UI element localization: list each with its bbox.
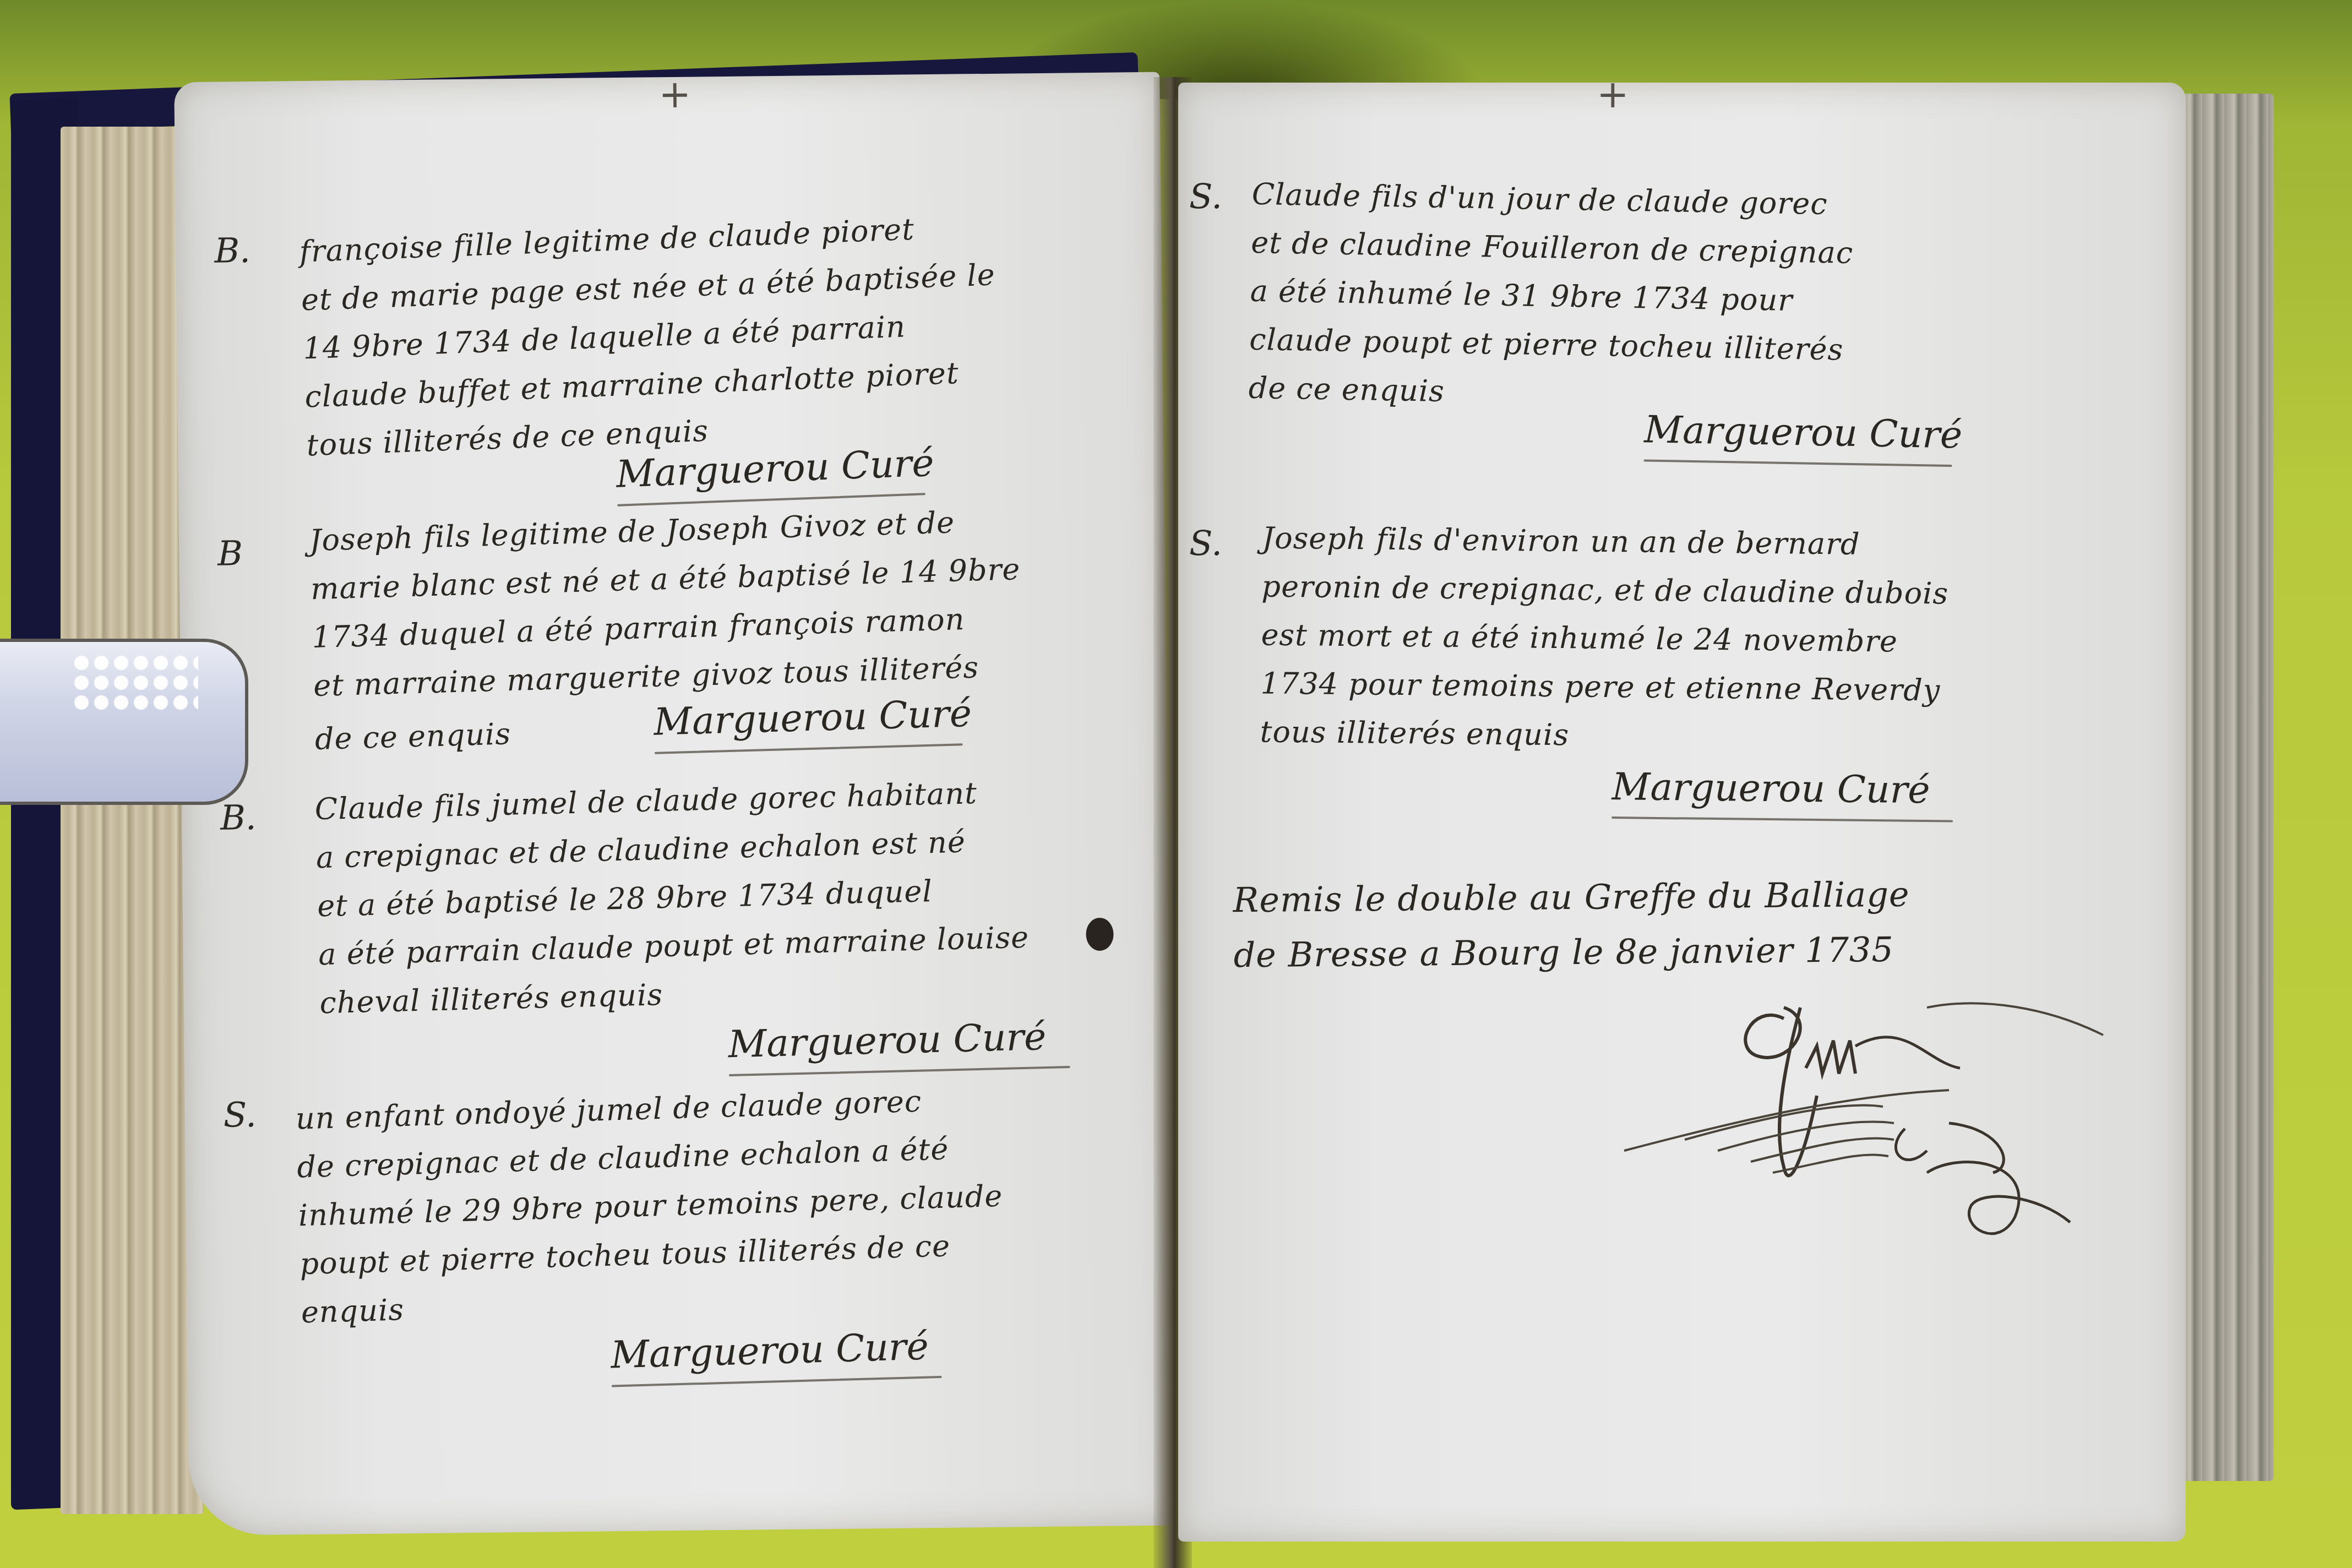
entry-line: peronin de crepignac, et de claudine dub…: [1261, 562, 1956, 618]
entry-type-mark: S.: [223, 1095, 257, 1135]
note-line: de Bresse a Bourg le 8e janvier 1735: [1233, 922, 1910, 983]
priest-signature: Marguerou Curé: [1644, 408, 1953, 457]
right-page: + S. Claude fils d'un jour de claude gor…: [1178, 83, 2186, 1542]
signature-underline: [1643, 459, 1952, 467]
priest-signature: Marguerou Curé: [653, 692, 962, 744]
page-stack-right: [2180, 94, 2274, 1481]
entry-line: Joseph fils d'environ un an de bernard: [1262, 514, 1956, 569]
signature-underline: [1611, 816, 1953, 822]
entry-type-mark: B.: [220, 797, 257, 838]
priest-signature: Marguerou Curé: [1611, 765, 1953, 812]
light-reflection: [72, 653, 198, 714]
entry-type-mark: B: [217, 533, 243, 573]
notary-signature: [1619, 986, 2114, 1272]
entry-line: est mort et a été inhumé le 24 novembre: [1261, 611, 1955, 666]
entry-line: de ce enquis: [314, 710, 511, 764]
left-page: + B. françoise fille legitime de claude …: [174, 72, 1175, 1536]
entry-type-mark: S.: [1189, 523, 1222, 563]
signature-underline: [729, 1066, 1070, 1076]
entry-line: 1734 pour temoins pere et etienne Reverd…: [1260, 659, 1954, 715]
priest-signature: Marguerou Curé: [610, 1325, 941, 1378]
greffe-deposit-note: Remis le double au Greffe du Balliage de…: [1233, 870, 1910, 980]
note-line: Remis le double au Greffe du Balliage: [1233, 867, 1910, 928]
signature-underline: [655, 743, 963, 754]
entry-line: tous illiterés enquis: [1260, 707, 1954, 763]
entry-type-mark: B.: [214, 230, 251, 271]
entry-type-mark: S.: [1189, 176, 1222, 216]
priest-signature: Marguerou Curé: [728, 1015, 1070, 1066]
cross-mark: +: [658, 72, 692, 117]
metal-page-clip: [0, 639, 248, 805]
cross-mark: +: [1597, 72, 1629, 117]
signature-flourish-icon: [1619, 986, 2114, 1272]
ink-blot: [1086, 918, 1114, 951]
signature-underline: [612, 1376, 942, 1387]
